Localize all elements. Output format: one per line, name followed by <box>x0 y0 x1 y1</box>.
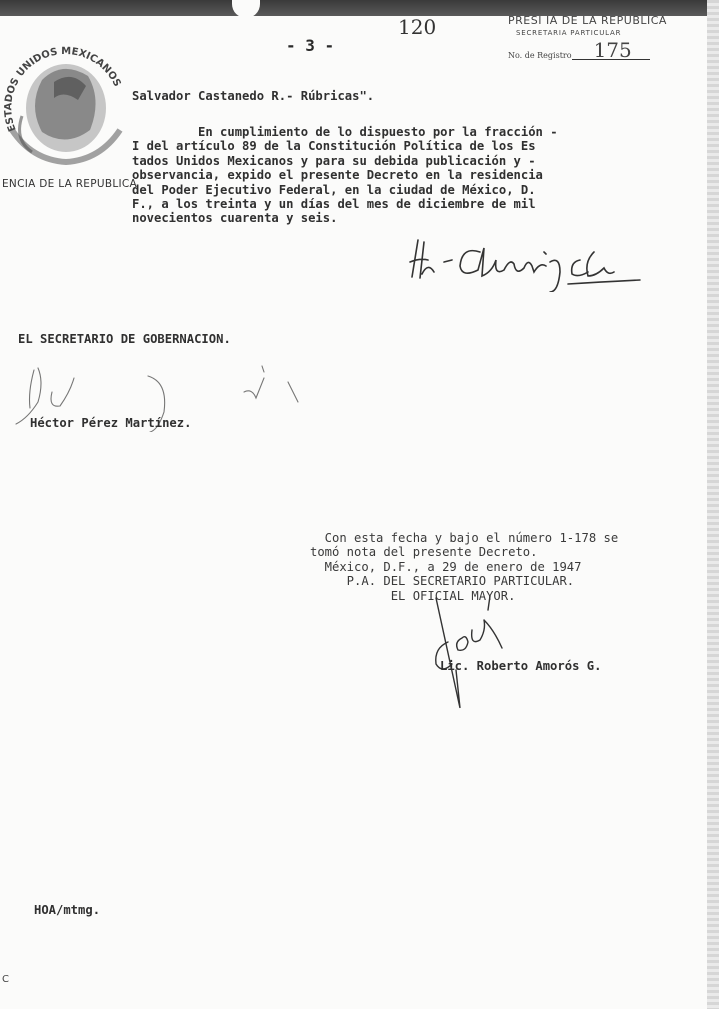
registry-number: 175 <box>572 41 650 60</box>
coat-of-arms-seal-icon: ESTADOS UNIDOS MEXICANOS <box>2 20 124 170</box>
signatory-line: Salvador Castanedo R.- Rúbricas". <box>132 89 374 103</box>
scan-right-edge <box>707 0 719 1009</box>
oficial-mayor-signature-icon <box>426 590 516 715</box>
secretary-name: Héctor Pérez Martínez. <box>30 416 191 430</box>
registry-label: No. de Registro <box>508 51 572 60</box>
paragraph-line: novecientos cuarenta y seis. <box>132 211 558 225</box>
note-line: tomó nota del presente Decreto. <box>310 545 618 559</box>
note-line: P.A. DEL SECRETARIO PARTICULAR. <box>310 574 618 588</box>
initials-reference: HOA/mtmg. <box>34 903 100 917</box>
note-line: México, D.F., a 29 de enero de 1947 <box>310 560 618 574</box>
oficial-mayor-name: Lic. Roberto Amorós G. <box>440 659 601 673</box>
paragraph-line: tados Unidos Mexicanos y para su debida … <box>132 154 558 168</box>
corner-mark: C <box>2 974 9 985</box>
secretary-title: EL SECRETARIO DE GOBERNACION. <box>18 332 231 346</box>
paragraph-line: observancia, expido el presente Decreto … <box>132 168 558 182</box>
paragraph-line: F., a los treinta y un días del mes de d… <box>132 197 558 211</box>
stamp-line2: SECRETARIA PARTICULAR <box>516 29 667 37</box>
paragraph-line: I del artículo 89 de la Constitución Pol… <box>132 139 558 153</box>
page-marker: - 3 - <box>286 36 334 55</box>
paragraph-line: En cumplimiento de lo dispuesto por la f… <box>132 125 558 139</box>
folio-number: 120 <box>398 15 436 39</box>
note-line: Con esta fecha y bajo el número 1-178 se <box>310 531 618 545</box>
decree-paragraph: En cumplimiento de lo dispuesto por la f… <box>132 125 558 226</box>
stamp-line1: PRESI IA DE LA REPUBLICA <box>508 14 667 27</box>
seal-caption: ENCIA DE LA REPUBLICA <box>2 178 137 190</box>
paragraph-line: del Poder Ejecutivo Federal, en la ciuda… <box>132 183 558 197</box>
registry-stamp: PRESI IA DE LA REPUBLICA SECRETARIA PART… <box>508 14 667 60</box>
president-signature-icon <box>400 232 660 292</box>
